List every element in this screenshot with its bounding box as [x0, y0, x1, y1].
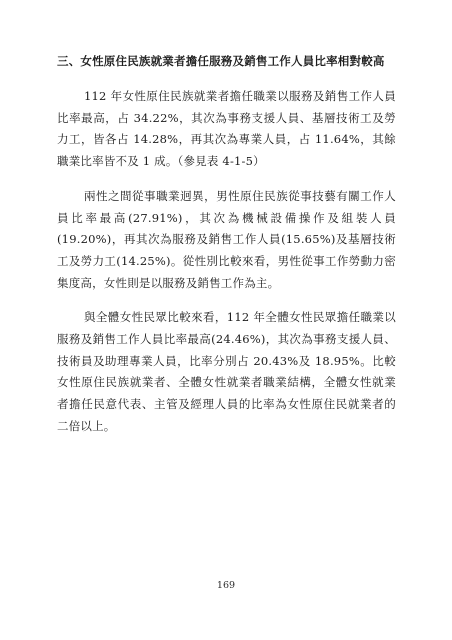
- page-content: 三、女性原住民族就業者擔任服務及銷售工作人員比率相對較高 112 年女性原住民族…: [57, 54, 396, 451]
- paragraph-overall-female-comparison: 與全體女性民眾比較來看，112 年全體女性民眾擔任職業以服務及銷售工作人員比率最…: [57, 307, 396, 437]
- paragraph-gender-comparison: 兩性之間從事職業迥異，男性原住民族從事技藝有關工作人員比率最高(27.91%)，…: [57, 186, 396, 295]
- paragraph-occupation-ratio: 112 年女性原住民族就業者擔任職業以服務及銷售工作人員比率最高，占 34.22…: [57, 86, 396, 173]
- document-page: 三、女性原住民族就業者擔任服務及銷售工作人員比率相對較高 112 年女性原住民族…: [0, 0, 452, 640]
- section-heading: 三、女性原住民族就業者擔任服務及銷售工作人員比率相對較高: [57, 54, 396, 69]
- page-number: 169: [0, 580, 452, 591]
